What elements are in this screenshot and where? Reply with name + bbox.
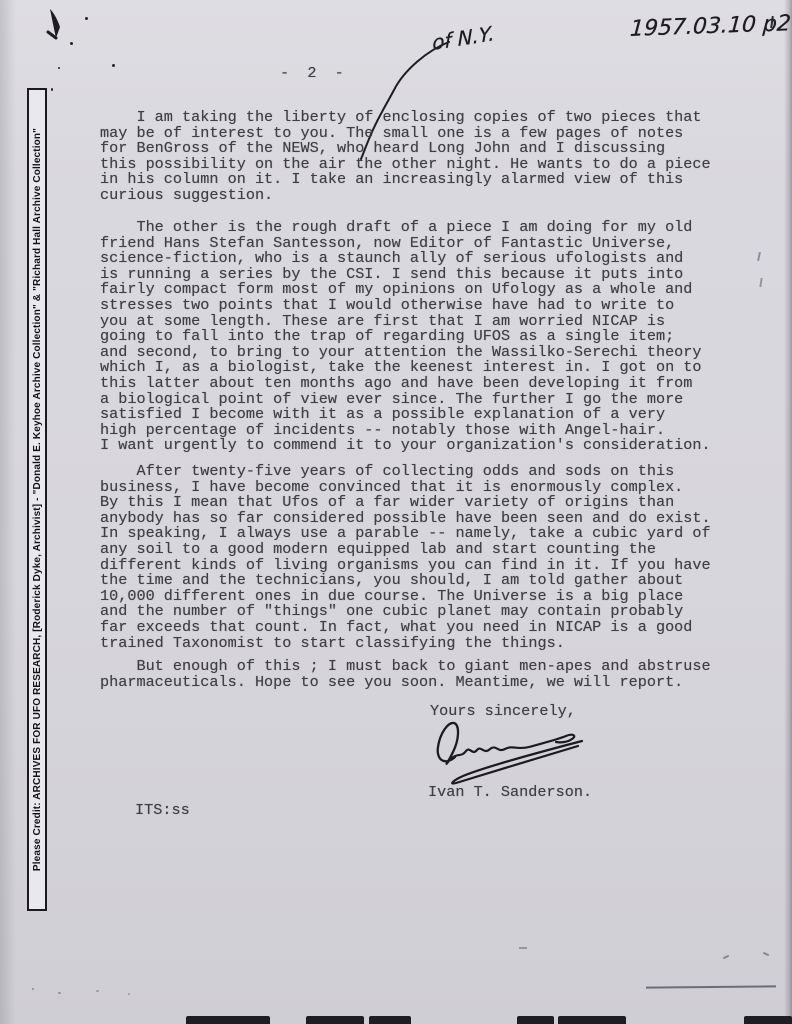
scan-bottom-edge (517, 1016, 554, 1024)
archive-credit-strip: Please Credit: ARCHIVES FOR UFO RESEARCH… (27, 88, 47, 911)
archive-credit-text: Please Credit: ARCHIVES FOR UFO RESEARCH… (32, 128, 43, 871)
scan-bottom-edge (744, 1016, 792, 1024)
scan-bottom-edge (186, 1016, 270, 1024)
scanned-letter-page: 1957.03.10 p2 of N.Y. - 2 - I am taking … (0, 0, 792, 1024)
scan-noise (128, 993, 130, 995)
scan-noise (58, 992, 61, 994)
scan-bottom-edge (306, 1016, 364, 1024)
typist-reference-initials: ITS:ss (135, 803, 190, 819)
pencil-tick (519, 947, 527, 949)
scan-noise (96, 990, 99, 992)
scan-noise (32, 988, 34, 990)
signature-scrawl (0, 0, 792, 1024)
signed-name: Ivan T. Sanderson. (428, 785, 592, 801)
scan-bottom-edge (558, 1016, 626, 1024)
scan-bottom-edge (369, 1016, 411, 1024)
